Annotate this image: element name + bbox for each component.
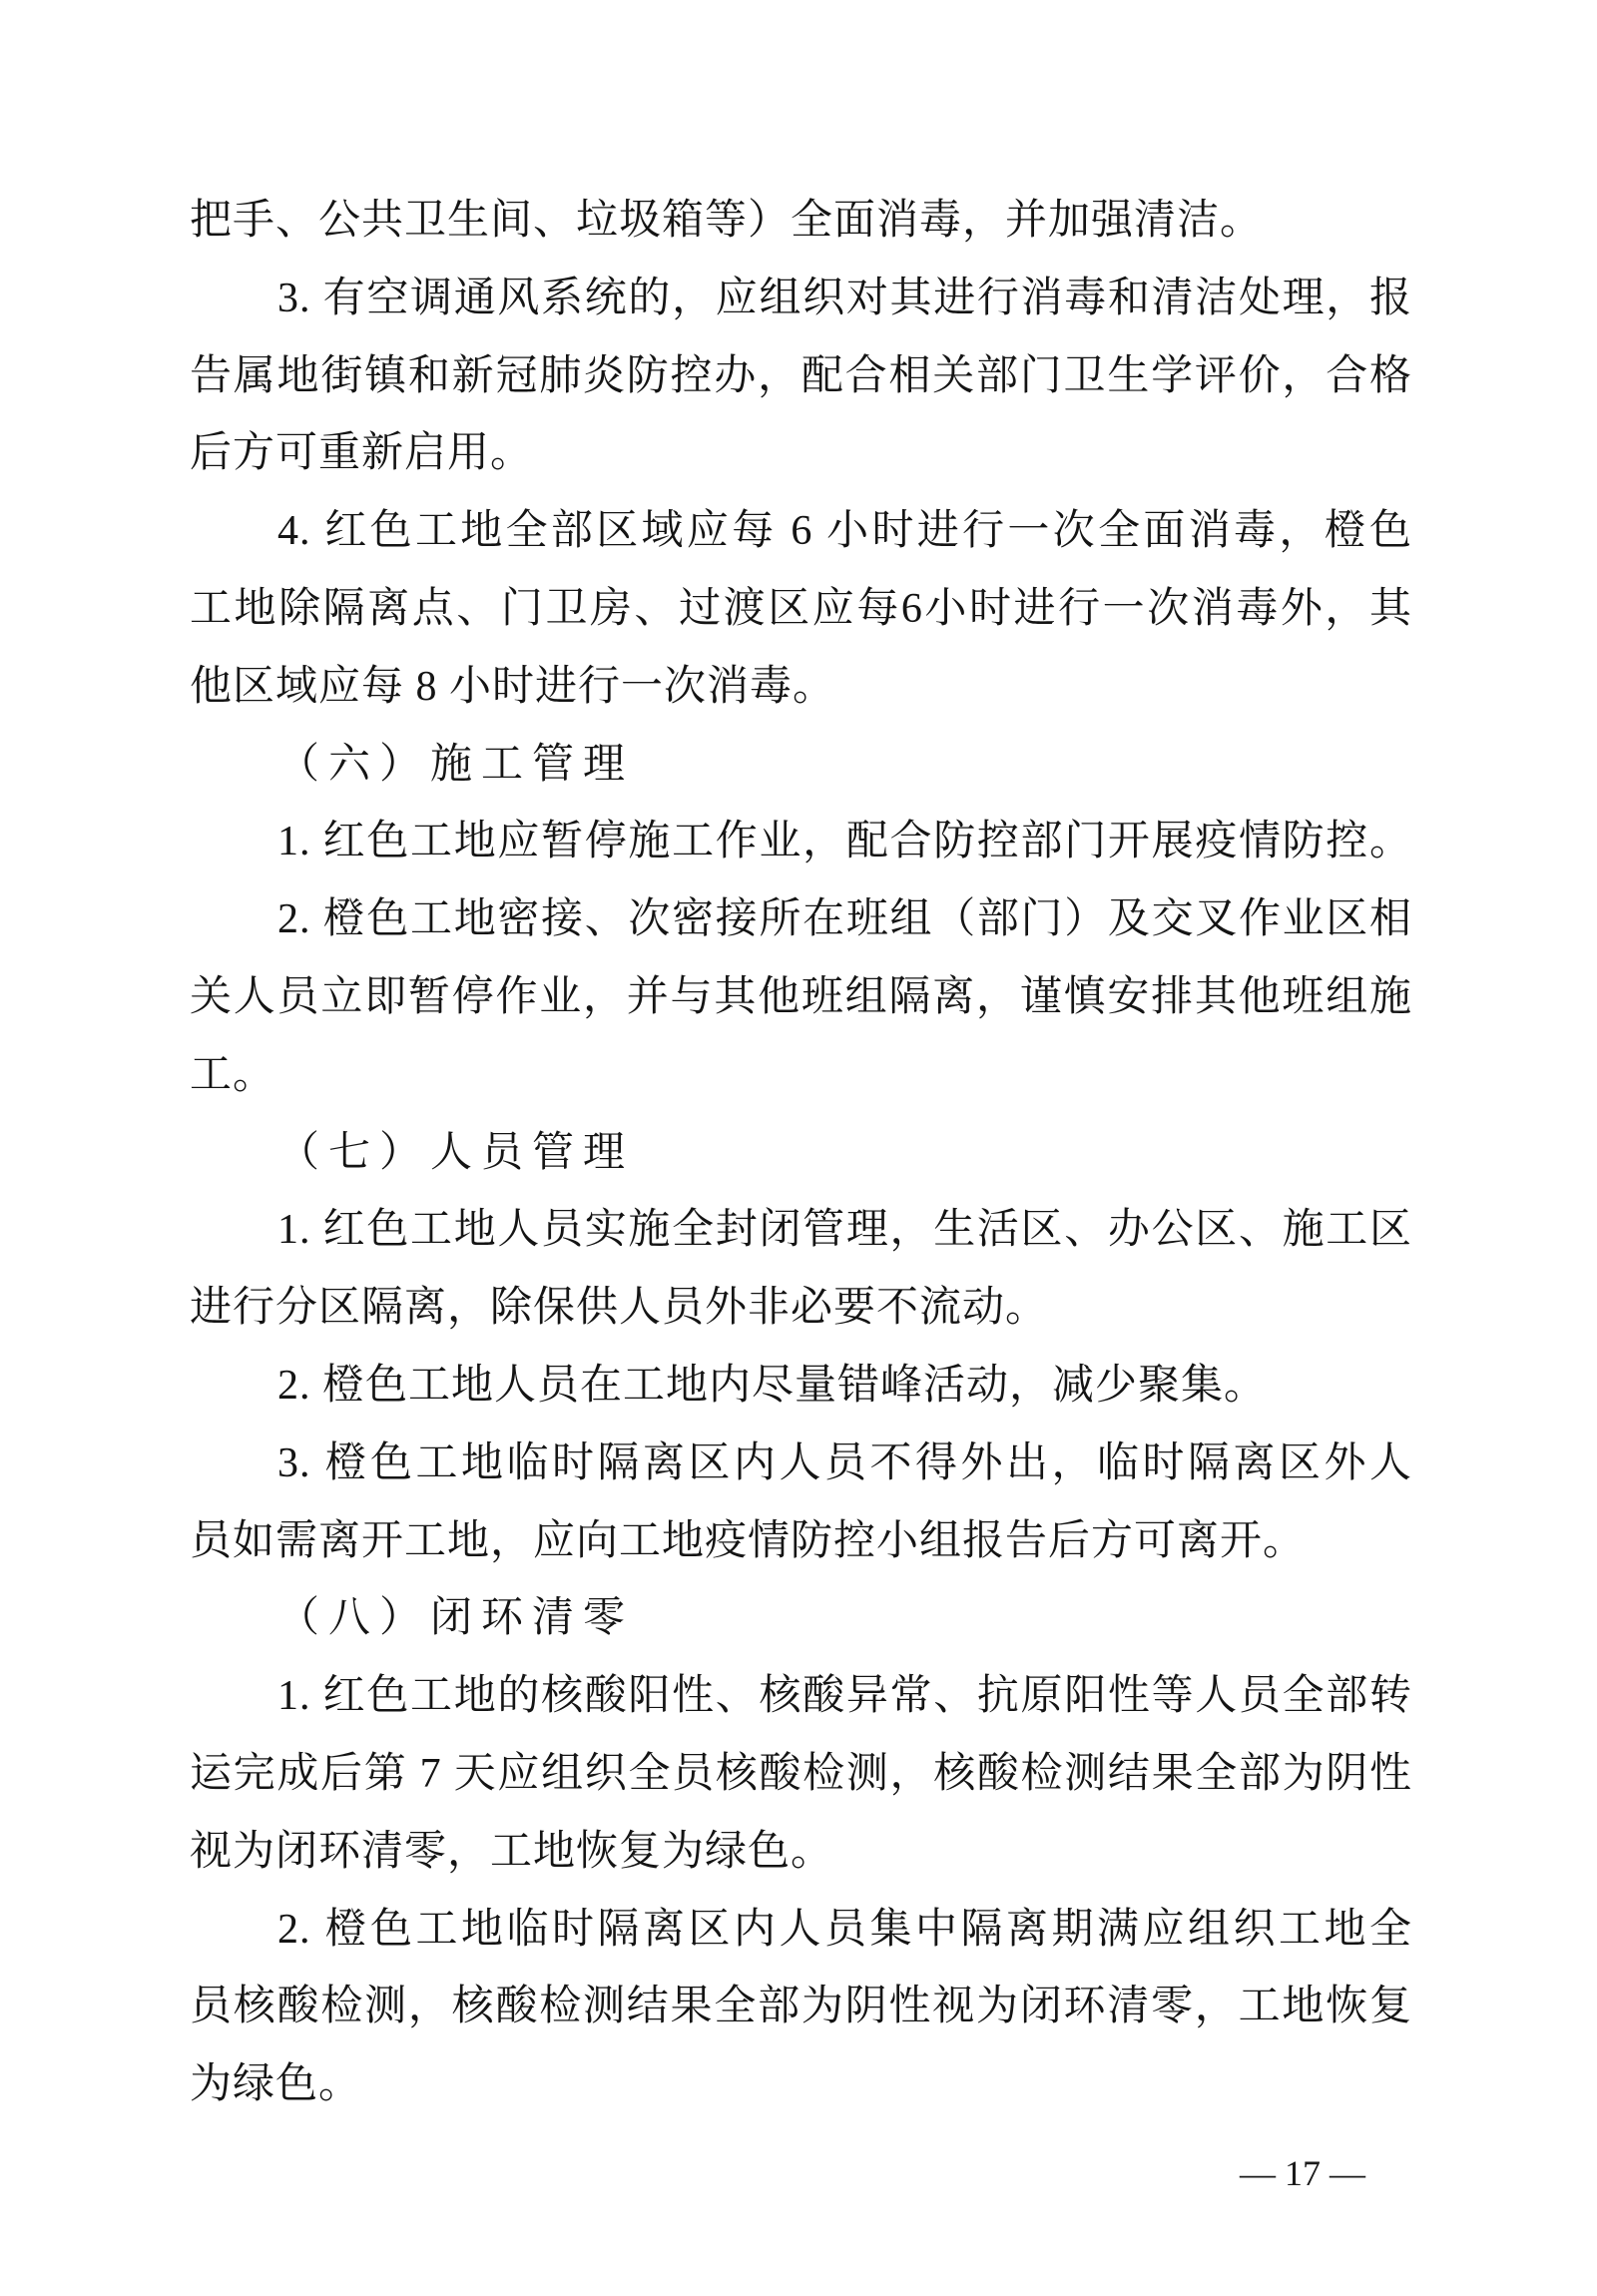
body-line: 2. 橙色工地密接、次密接所在班组（部门）及交叉作业区相 [190, 881, 1412, 959]
body-line: 工地除隔离点、门卫房、过渡区应每6小时进行一次消毒外，其 [190, 571, 1412, 649]
body-line: 工。 [190, 1037, 1412, 1115]
body-line: 告属地街镇和新冠肺炎防控办，配合相关部门卫生学评价，合格 [190, 338, 1412, 416]
body-line: 3. 橙色工地临时隔离区内人员不得外出，临时隔离区外人 [190, 1426, 1412, 1503]
body-line: 进行分区隔离，除保供人员外非必要不流动。 [190, 1270, 1412, 1348]
document-body: 把手、公共卫生间、垃圾箱等）全面消毒，并加强清洁。 3. 有空调通风系统的，应组… [190, 183, 1412, 2124]
document-page: 把手、公共卫生间、垃圾箱等）全面消毒，并加强清洁。 3. 有空调通风系统的，应组… [0, 0, 1597, 2296]
section-heading: （八）闭环清零 [190, 1580, 1412, 1658]
section-heading: （六）施工管理 [190, 727, 1412, 805]
body-line: 1. 红色工地应暂停施工作业，配合防控部门开展疫情防控。 [190, 804, 1412, 881]
body-line: 2. 橙色工地人员在工地内尽量错峰活动，减少聚集。 [190, 1348, 1412, 1426]
body-line: 为绿色。 [190, 2046, 1412, 2124]
page-number: — 17 — [1203, 2148, 1402, 2198]
body-line: 3. 有空调通风系统的，应组织对其进行消毒和清洁处理，报 [190, 261, 1412, 338]
body-line: 1. 红色工地的核酸阳性、核酸异常、抗原阳性等人员全部转 [190, 1658, 1412, 1736]
body-line: 2. 橙色工地临时隔离区内人员集中隔离期满应组织工地全 [190, 1892, 1412, 1970]
body-line: 视为闭环清零，工地恢复为绿色。 [190, 1814, 1412, 1892]
body-line: 他区域应每 8 小时进行一次消毒。 [190, 649, 1412, 727]
body-line: 4. 红色工地全部区域应每 6 小时进行一次全面消毒，橙色 [190, 493, 1412, 571]
body-line: 后方可重新启用。 [190, 415, 1412, 493]
body-line: 员如需离开工地，应向工地疫情防控小组报告后方可离开。 [190, 1503, 1412, 1581]
section-heading: （七）人员管理 [190, 1115, 1412, 1193]
body-line: 运完成后第 7 天应组织全员核酸检测，核酸检测结果全部为阴性 [190, 1736, 1412, 1814]
body-line: 关人员立即暂停作业，并与其他班组隔离，谨慎安排其他班组施 [190, 959, 1412, 1037]
body-line: 员核酸检测，核酸检测结果全部为阴性视为闭环清零，工地恢复 [190, 1969, 1412, 2046]
body-line: 把手、公共卫生间、垃圾箱等）全面消毒，并加强清洁。 [190, 183, 1412, 261]
body-line: 1. 红色工地人员实施全封闭管理，生活区、办公区、施工区 [190, 1192, 1412, 1270]
